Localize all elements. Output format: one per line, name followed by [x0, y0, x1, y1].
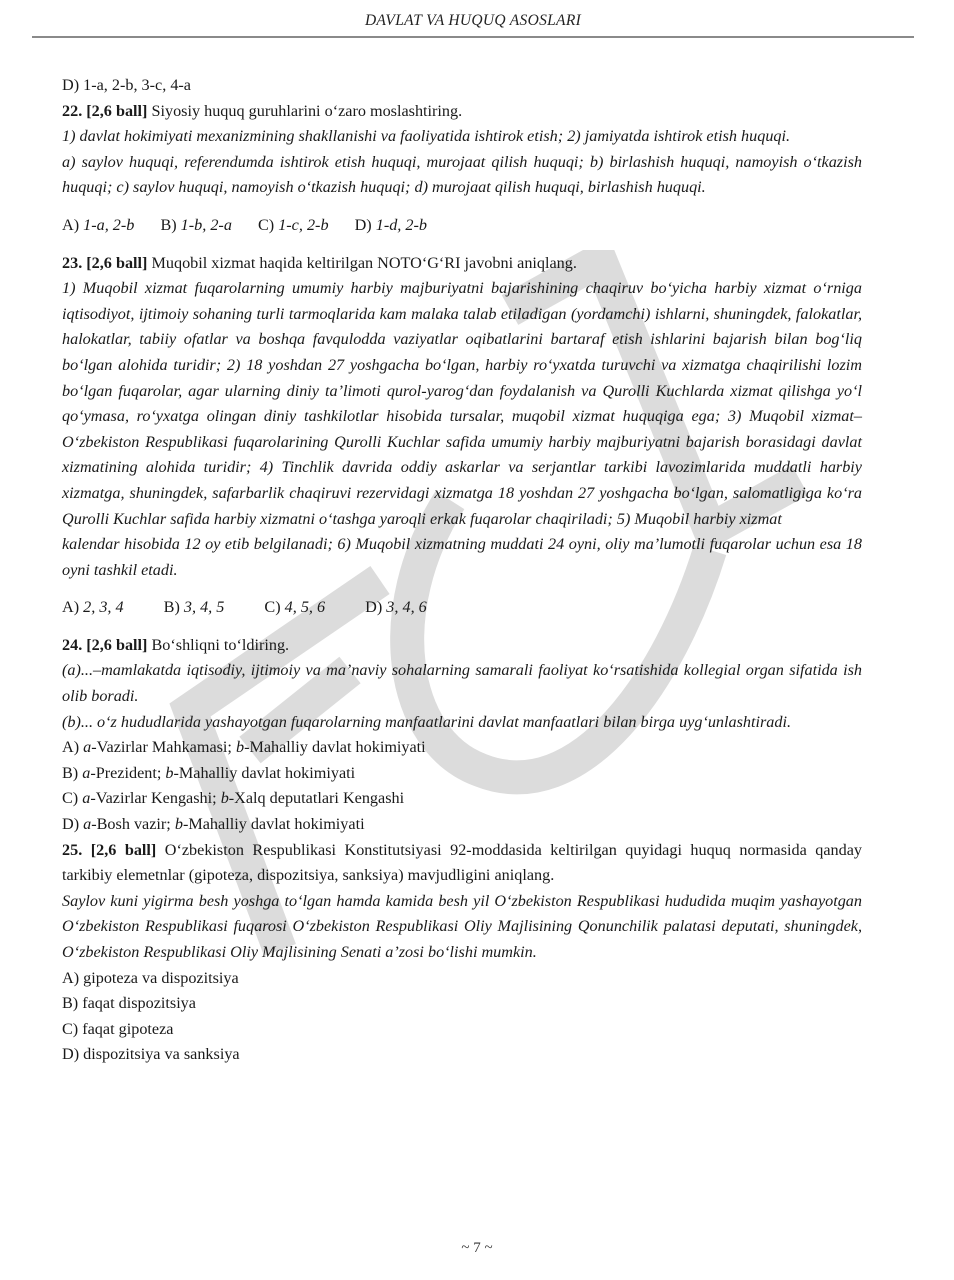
question-prompt: Bo‘shliqni to‘ldiring.	[151, 636, 289, 654]
option-c[interactable]: C) 4, 5, 6	[264, 595, 325, 621]
previous-question-option: D) 1-a, 2-b, 3-c, 4-a	[62, 73, 862, 99]
question-number: 22.	[62, 102, 82, 120]
question-prompt: Muqobil xizmat haqida keltirilgan NOTO‘G…	[151, 254, 576, 272]
question-body: 1) davlat hokimiyati mexanizmining shakl…	[62, 124, 862, 150]
option-b[interactable]: B) faqat dispozitsiya	[62, 991, 862, 1017]
question-prompt: O‘zbekiston Respublikasi Konstitutsiyasi…	[62, 841, 862, 885]
option-a[interactable]: A) a-Vazirlar Mahkamasi; b-Mahalliy davl…	[62, 735, 862, 761]
option-d[interactable]: D) dispozitsiya va sanksiya	[62, 1042, 862, 1068]
option-b[interactable]: B) 3, 4, 5	[164, 595, 225, 621]
question-body: 1) Muqobil xizmat fuqarolarning umumiy h…	[62, 276, 862, 532]
question-24: 24. [2,6 ball] Bo‘shliqni to‘ldiring. (a…	[62, 633, 862, 838]
option-d[interactable]: D) 3, 4, 6	[365, 595, 427, 621]
question-points: [2,6 ball]	[86, 254, 147, 272]
question-body: a) saylov huquqi, referendumda ishtirok …	[62, 150, 862, 201]
question-number: 23.	[62, 254, 82, 272]
option-a[interactable]: A) 2, 3, 4	[62, 595, 124, 621]
question-body: Saylov kuni yigirma besh yoshga to‘lgan …	[62, 889, 862, 966]
option-a[interactable]: A) 1-a, 2-b	[62, 213, 134, 239]
question-22: 22. [2,6 ball] Siyosiy huquq guruhlarini…	[62, 99, 862, 239]
option-d[interactable]: D) 1-d, 2-b	[355, 213, 427, 239]
question-body: kalendar hisobida 12 oy etib belgilanadi…	[62, 532, 862, 583]
answer-options: A) 1-a, 2-b B) 1-b, 2-a C) 1-c, 2-b D) 1…	[62, 213, 862, 239]
question-23: 23. [2,6 ball] Muqobil xizmat haqida kel…	[62, 251, 862, 621]
option-c[interactable]: C) a-Vazirlar Kengashi; b-Xalq deputatla…	[62, 786, 862, 812]
option-d[interactable]: D) a-Bosh vazir; b-Mahalliy davlat hokim…	[62, 812, 862, 838]
option-b[interactable]: B) a-Prezident; b-Mahalliy davlat hokimi…	[62, 761, 862, 787]
document-body: D) 1-a, 2-b, 3-c, 4-a 22. [2,6 ball] Siy…	[62, 73, 862, 1068]
question-number: 24.	[62, 636, 82, 654]
question-prompt: Siyosiy huquq guruhlarini o‘zaro moslash…	[151, 102, 462, 120]
question-body: (b)... o‘z hududlarida yashayotgan fuqar…	[62, 710, 862, 736]
question-points: [2,6 ball]	[91, 841, 157, 859]
question-25: 25. [2,6 ball] O‘zbekiston Respublikasi …	[62, 838, 862, 1068]
option-c[interactable]: C) 1-c, 2-b	[258, 213, 329, 239]
answer-options: A) 2, 3, 4 B) 3, 4, 5 C) 4, 5, 6 D) 3, 4…	[62, 595, 862, 621]
question-points: [2,6 ball]	[86, 102, 147, 120]
option-a[interactable]: A) gipoteza va dispozitsiya	[62, 966, 862, 992]
question-number: 25.	[62, 841, 82, 859]
page-number: ~ 7 ~	[0, 1240, 954, 1257]
question-points: [2,6 ball]	[86, 636, 147, 654]
question-body: (a)...–mamlakatda iqtisodiy, ijtimoiy va…	[62, 658, 862, 709]
option-c[interactable]: C) faqat gipoteza	[62, 1017, 862, 1043]
option-b[interactable]: B) 1-b, 2-a	[160, 213, 231, 239]
running-header: DAVLAT VA HUQUQ ASOSLARI	[32, 12, 914, 38]
